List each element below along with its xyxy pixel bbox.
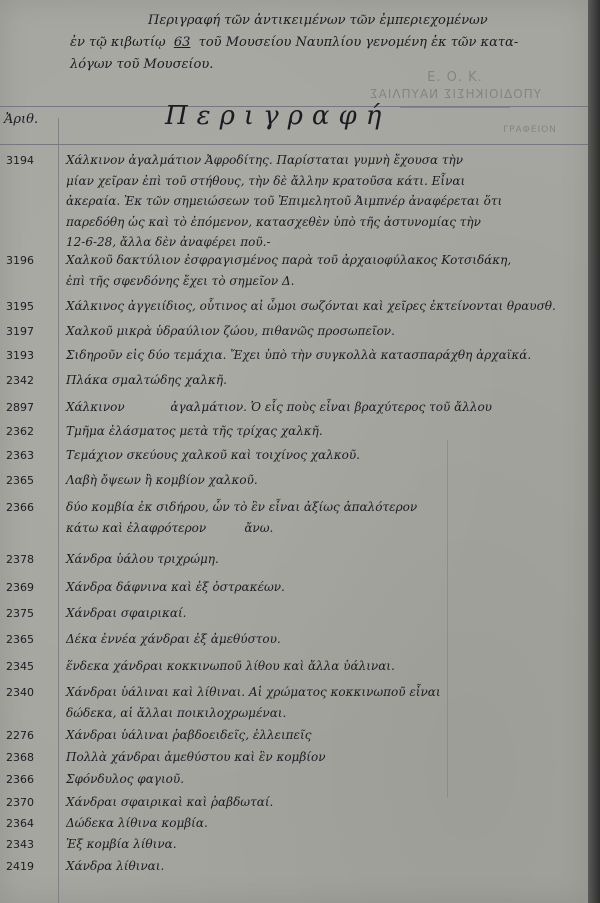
item-description: Χάνδρα λίθιναι. bbox=[66, 856, 586, 877]
item-description: Χάνδραι σφαιρικαί. bbox=[66, 603, 586, 624]
item-number: 2365 bbox=[6, 633, 56, 646]
item-description: Χάλκινον ἀγαλμάτιον. Ὁ εἷς ποὺς εἶναι βρ… bbox=[66, 397, 586, 418]
item-description: Τεμάχιον σκεύους χαλκοῦ καὶ τοιχίνος χαλ… bbox=[66, 445, 586, 466]
item-number: 2364 bbox=[6, 817, 56, 830]
item-number: 2362 bbox=[6, 425, 56, 438]
archival-document-sheet: Περιγραφή τῶν ἀντικειμένων τῶν ἐμπεριεχο… bbox=[0, 0, 588, 903]
stamp-rule bbox=[400, 107, 510, 108]
item-description: Ἐξ κομβία λίθινα. bbox=[66, 834, 586, 855]
header-line-1: Περιγραφή τῶν ἀντικειμένων τῶν ἐμπεριεχο… bbox=[70, 10, 590, 32]
item-description: Χαλκοῦ δακτύλιον ἐσφραγισμένος παρὰ τοῦ … bbox=[66, 250, 586, 291]
item-number: 2368 bbox=[6, 751, 56, 764]
scan-edge-shadow bbox=[588, 0, 600, 903]
item-description: Τμῆμα ἐλάσματος μετὰ τῆς τρίχας χαλκῆ. bbox=[66, 421, 586, 442]
document-header: Περιγραφή τῶν ἀντικειμένων τῶν ἐμπεριεχο… bbox=[70, 10, 590, 76]
item-number: 2378 bbox=[6, 553, 56, 566]
item-number: 2276 bbox=[6, 729, 56, 742]
item-description: Χάνδραι ὑάλιναι καὶ λίθιναι. Αἱ χρώματος… bbox=[66, 682, 586, 723]
item-description: Σφόνδυλος φαγιοῦ. bbox=[66, 769, 586, 790]
item-description: Χάνδρα ὑάλου τριχρώμη. bbox=[66, 549, 586, 570]
item-number: 2375 bbox=[6, 607, 56, 620]
column-header-description: Περιγραφή bbox=[165, 101, 390, 131]
item-number: 3194 bbox=[6, 154, 56, 167]
item-description: δύο κομβία ἐκ σιδήρου, ὧν τὸ ἓν εἶναι ἀξ… bbox=[66, 497, 586, 538]
item-description: Χάλκινον ἀγαλμάτιον Ἀφροδίτης. Παρίστατα… bbox=[66, 150, 586, 253]
item-number: 2419 bbox=[6, 860, 56, 873]
item-number: 2366 bbox=[6, 501, 56, 514]
column-header-number: Ἀριθ. bbox=[4, 112, 38, 127]
header-line-2-post: τοῦ Μουσείου Ναυπλίου γενομένη ἐκ τῶν κα… bbox=[199, 35, 519, 50]
item-description: Χάνδραι σφαιρικαὶ καὶ ῥαβδωταί. bbox=[66, 792, 586, 813]
item-description: Χάνδραι ὑάλιναι ῥαβδοειδεῖς, ἐλλειπεῖς bbox=[66, 725, 586, 746]
header-line-2-pre: ἐν τῷ κιβωτίῳ bbox=[70, 35, 166, 50]
item-number: 2366 bbox=[6, 773, 56, 786]
stamp-line-2: ΥΠΟΔΙΟΙΚΗΣΙΣ ΝΑΥΠΛΙΑΣ bbox=[369, 86, 541, 102]
item-number: 3193 bbox=[6, 349, 56, 362]
item-number: 2343 bbox=[6, 838, 56, 851]
item-description: Πλάκα σμαλτώδης χαλκῆ. bbox=[66, 370, 586, 391]
stamp-line-3: ΓΡΑΦΕΙΟΝ bbox=[485, 122, 575, 138]
item-number: 2342 bbox=[6, 374, 56, 387]
item-description: Δώδεκα λίθινα κομβία. bbox=[66, 813, 586, 834]
item-number: 2363 bbox=[6, 449, 56, 462]
item-description: Λαβὴ ὄψεων ἢ κομβίον χαλκοῦ. bbox=[66, 470, 586, 491]
stamp-line-1: Ε. Ο. Κ. bbox=[335, 70, 575, 86]
item-description: Χάλκινος ἀγγειίδιος, οὗτινος αἱ ὦμοι σωζ… bbox=[66, 296, 586, 317]
item-number: 3196 bbox=[6, 254, 56, 267]
header-line-2: ἐν τῷ κιβωτίῳ 63 τοῦ Μουσείου Ναυπλίου γ… bbox=[70, 32, 590, 54]
item-number: 2369 bbox=[6, 581, 56, 594]
item-number: 2897 bbox=[6, 401, 56, 414]
item-description: Δέκα ἐννέα χάνδραι ἐξ ἀμεθύστου. bbox=[66, 629, 586, 650]
item-number: 2340 bbox=[6, 686, 56, 699]
item-description: Χάνδρα δάφνινα καὶ ἐξ ὀστρακέων. bbox=[66, 577, 586, 598]
item-description: Σιδηροῦν εἰς δύο τεμάχια. Ἔχει ὑπὸ τὴν σ… bbox=[66, 345, 586, 366]
item-number: 3195 bbox=[6, 300, 56, 313]
item-description: Χαλκοῦ μικρὰ ὑδραύλιον ζώου, πιθανῶς προ… bbox=[66, 321, 586, 342]
table-header-rule bbox=[0, 144, 588, 145]
item-number: 3197 bbox=[6, 325, 56, 338]
item-number: 2365 bbox=[6, 474, 56, 487]
box-number: 63 bbox=[174, 35, 191, 50]
item-description: ἕνδεκα χάνδραι κοκκινωποῦ λίθου καὶ ἄλλα… bbox=[66, 656, 586, 677]
number-column-divider bbox=[58, 118, 59, 903]
item-number: 2345 bbox=[6, 660, 56, 673]
item-description: Πολλὰ χάνδραι ἀμεθύστου καὶ ἓν κομβίον bbox=[66, 747, 586, 768]
item-number: 2370 bbox=[6, 796, 56, 809]
